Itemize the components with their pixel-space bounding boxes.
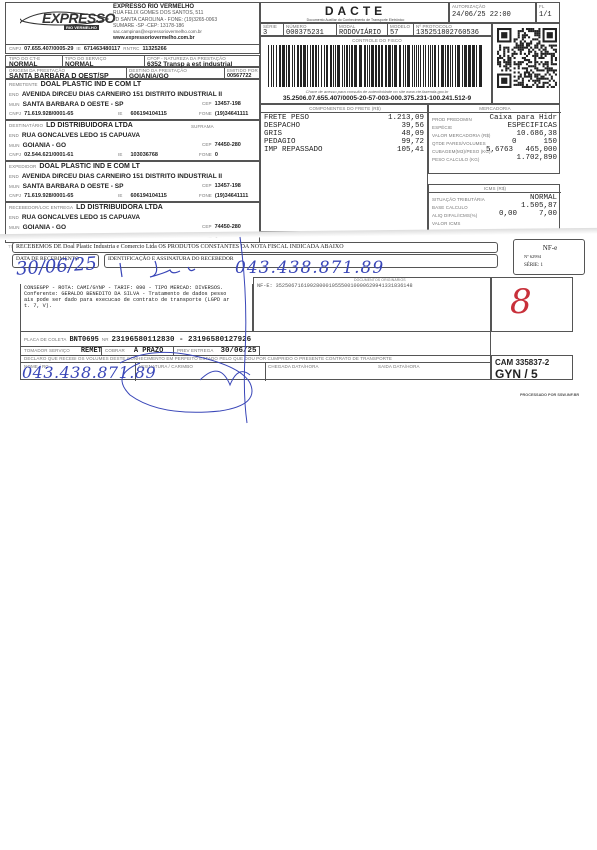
party-name: LD DISTRIBUIDORA LTDA	[76, 204, 163, 211]
party-cep: 74450-280	[215, 142, 241, 148]
placa: BNT0695	[69, 336, 98, 344]
prod-predomin: Caixa para Hidr	[489, 114, 557, 122]
company-logo: EXPRESSO RIO VERMELHO	[20, 7, 110, 33]
saida-label: SAIDA DATA/HORA	[378, 364, 420, 369]
party-cep: 74450-280	[215, 224, 241, 230]
base-calculo: 1.505,87	[521, 202, 557, 210]
docs-label: DOCUMENTOS ORIGINÁRIOS	[354, 278, 406, 282]
issuer-ids: CNPJ 07.655.407/0005-29 IE 671463480117 …	[5, 45, 260, 54]
route-code-block: CAM 335837-2 GYN / 5	[491, 355, 573, 380]
party-extra-label: SUFRAMA	[191, 124, 214, 129]
freight-item-value: 99,72	[401, 138, 424, 146]
cnpj-label: CNPJ	[9, 46, 21, 51]
peso-calc-label: PESO CALCULO (Kg)	[432, 157, 479, 162]
party-block: DESTINATÁRIOLD DISTRIBUIDORA LTDA SUFRAM…	[5, 120, 260, 161]
authorization-label: AUTORIZAÇÃO	[452, 4, 486, 9]
valor-label: VALOR MERCADORIA (R$)	[432, 133, 491, 138]
party-address: AVENIDA DIRCEU DIAS CARNEIRO 151 DISTRIT…	[22, 91, 222, 98]
freight-title: COMPONENTES DO FRETE (R$)	[261, 106, 429, 111]
party-end-label: END	[9, 133, 19, 138]
party-city: SANTA BARBARA D OESTE - SP	[23, 183, 124, 190]
party-cnpj-label: CNPJ	[9, 111, 21, 116]
logo-text: EXPRESSO	[42, 10, 115, 26]
issuer-cnpj: 07.655.407/0005-29	[24, 46, 73, 52]
peso-calculo: 1.702,890	[516, 154, 557, 162]
prod-label: PROD PREDOMIN	[432, 117, 472, 122]
freight-item: GRIS48,09	[264, 130, 424, 138]
party-name: DOAL PLASTIC IND E COM LT	[39, 163, 139, 170]
party-block: EXPEDIDORDOAL PLASTIC IND E COM LT ENDAV…	[5, 161, 260, 202]
cargo-title: MERCADORIA	[429, 106, 561, 111]
cte-id-row: SÉRIE3 NÚMERO000375231 MODALRODOVIÁRIO M…	[260, 23, 492, 36]
party-cep: 13457-198	[215, 183, 241, 189]
issuer-website: www.expressoriovermelho.com.br	[113, 35, 217, 41]
icms-title: ICMS (R$)	[429, 186, 561, 191]
especie-label: ESPÉCIE	[432, 125, 452, 130]
document-title: DACTE	[261, 4, 450, 18]
freight-item-value: 1.213,09	[388, 114, 424, 122]
party-block: REMETENTEDOAL PLASTIC IND E COM LT ENDAV…	[5, 79, 260, 120]
authorization-datetime: 24/06/25 22:00	[452, 11, 511, 19]
issuer-district-phone: JD SANTA CAROLINA - FONE: (19)3265-0063	[113, 17, 217, 23]
party-address: RUA GONCALVES LEDO 15 CAPUAVA	[22, 214, 140, 221]
nfe-serie: SÉRIE: 1	[524, 263, 543, 268]
party-ie: 606194104115	[130, 111, 166, 117]
freight-item-value: 39,56	[401, 122, 424, 130]
issuer-ie: 671463480117	[84, 46, 120, 52]
barcode-icon	[268, 45, 486, 87]
signature-strokes-icon	[100, 235, 300, 425]
tomador-label: TOMADOR SERVIÇO	[24, 348, 70, 353]
cubagem: 5,6763	[486, 146, 513, 154]
handwritten-mark: 8	[510, 282, 532, 322]
party-ie-label: IE	[118, 111, 122, 116]
party-role-label: DESTINATÁRIO	[9, 123, 43, 128]
aliquota: 7,00	[539, 210, 557, 218]
party-fone: 0	[215, 152, 218, 158]
party-role-label: EXPEDIDOR	[9, 164, 36, 169]
freight-item: IMP REPASSADO105,41	[264, 146, 424, 154]
situacao-tributaria: NORMAL	[530, 194, 557, 202]
page-block: FL 1/1	[536, 2, 560, 23]
ie-label: IE	[76, 46, 80, 51]
party-mun-label: MUN	[9, 184, 20, 189]
qr-block	[492, 23, 560, 104]
issuer-block: EXPRESSO RIO VERMELHO EXPRESSO RIO VERME…	[5, 2, 260, 45]
route-row: ORIGEM DA PRESTAÇÃOSANTA BARBARA D OEST/…	[5, 67, 260, 79]
party-ie-label: IE	[118, 152, 122, 157]
qtde-pares: 0	[512, 138, 517, 146]
party-end-label: END	[9, 92, 19, 97]
page-label: FL	[539, 4, 544, 9]
especie: ESPECIFICAS	[507, 122, 557, 130]
access-key-note: Chave de acesso para consulta de autenti…	[261, 89, 493, 94]
party-city: GOIANIA - GO	[23, 224, 66, 231]
party-ie: 103036768	[130, 152, 158, 158]
page-number: 1/1	[539, 11, 552, 19]
valor-icms-label: VALOR ICMS	[432, 221, 460, 226]
access-key: 35.2506.07.655.407/0005-20-57-003-000.37…	[261, 95, 493, 102]
freight-item-value: 48,09	[401, 130, 424, 138]
issuer-address: RUA FELIX GOMES DOS SANTOS, 511	[113, 10, 217, 16]
situacao-label: SITUAÇÃO TRIBUTÁRIA	[432, 197, 485, 202]
party-mun-label: MUN	[9, 225, 20, 230]
handwritten-receipt-date: 30/06/25	[15, 253, 97, 280]
freight-item-value: 105,41	[397, 146, 424, 154]
party-fone: (19)34641111	[215, 111, 248, 117]
gyn-code: GYN / 5	[495, 367, 538, 381]
cubagem-label: CUBAGEM(m3)/PESO (Kg)	[432, 149, 491, 154]
party-cnpj: 71.619.928/0001-65	[24, 193, 73, 199]
party-address: AVENIDA DIRCEU DIAS CARNEIRO 151 DISTRIT…	[22, 173, 222, 180]
party-name: LD DISTRIBUIDORA LTDA	[46, 122, 133, 129]
party-cep-label: CEP	[202, 142, 212, 147]
party-role-label: REMETENTE	[9, 82, 38, 87]
qtde-label: QTDE PARES/VOLUMES	[432, 141, 486, 146]
peso: 465,000	[525, 146, 557, 154]
difal: 0,00	[499, 210, 517, 218]
party-mun-label: MUN	[9, 143, 20, 148]
party-address: RUA GONCALVES LEDO 15 CAPUAVA	[22, 132, 140, 139]
tomador: REMET	[81, 347, 102, 355]
freight-item-name: PEDAGIO	[264, 138, 296, 146]
logo-subtext: RIO VERMELHO	[64, 25, 99, 30]
party-end-label: END	[9, 215, 19, 220]
party-cnpj: 71.619.928/0001-65	[24, 111, 73, 117]
party-fone: (19)34641111	[215, 193, 248, 199]
party-end-label: END	[9, 174, 19, 179]
issuer-info: EXPRESSO RIO VERMELHO RUA FELIX GOMES DO…	[113, 4, 217, 42]
service-row: TIPO DO CT-ENORMAL TIPO DO SERVIÇONORMAL…	[5, 55, 260, 67]
party-mun-label: MUN	[9, 102, 20, 107]
aliq-label: ALIQ DIFAL/ICMS(%)	[432, 213, 477, 218]
freight-item-name: GRIS	[264, 130, 282, 138]
party-cep: 13457-198	[215, 101, 241, 107]
freight-item: DESPACHO39,56	[264, 122, 424, 130]
party-city: GOIANIA - GO	[23, 142, 66, 149]
party-ie: 606194104115	[130, 193, 166, 199]
cam-code: CAM 335837-2	[495, 358, 549, 367]
freight-item: FRETE PESO1.213,09	[264, 114, 424, 122]
icms-block: ICMS (R$) SITUAÇÃO TRIBUTÁRIA NORMAL BAS…	[428, 184, 560, 232]
nfe-title: NF-e	[514, 244, 586, 252]
freight-item-name: DESPACHO	[264, 122, 300, 130]
freight-list: FRETE PESO1.213,09DESPACHO39,56GRIS48,09…	[264, 114, 424, 154]
fisco-block: CONTROLE DO FISCO Chave de acesso para c…	[260, 36, 492, 104]
party-cep-label: CEP	[202, 183, 212, 188]
party-fone-label: FONE	[199, 193, 212, 198]
freight-item-name: IMP REPASSADO	[264, 146, 323, 154]
fisco-label: CONTROLE DO FISCO	[261, 38, 493, 43]
nfe-number: Nº 62994	[524, 254, 541, 259]
qtde-volumes: 150	[543, 138, 557, 146]
base-label: BASE CALCULO	[432, 205, 468, 210]
freight-item: PEDAGIO99,72	[264, 138, 424, 146]
party-cnpj-label: CNPJ	[9, 193, 21, 198]
freight-block: COMPONENTES DO FRETE (R$) FRETE PESO1.21…	[260, 104, 428, 232]
placa-label: PLACA DE COLETA	[24, 337, 66, 342]
stamp-block: 8	[491, 277, 573, 332]
document-subtitle: Documento Auxiliar do Conhecimento de Tr…	[261, 18, 450, 22]
party-cnpj-label: CNPJ	[9, 152, 21, 157]
party-role-label: RECEBEDOR/LOC ENTREGA	[9, 205, 73, 210]
party-fone-label: FONE	[199, 152, 212, 157]
valor-mercadoria: 10.686,38	[516, 130, 557, 138]
party-cep-label: CEP	[202, 101, 212, 106]
party-cnpj: 02.544.621/0001-61	[24, 152, 73, 158]
qr-code-icon	[497, 28, 557, 88]
processed-by: PROCESSADO POR SSW.INF.BR	[520, 393, 579, 397]
issuer-rntrc: 11325266	[143, 46, 167, 52]
party-name: DOAL PLASTIC IND E COM LT	[41, 81, 141, 88]
nfe-box: NF-e Nº 62994 SÉRIE: 1	[513, 239, 585, 275]
rntrc-label: RNTRC	[123, 46, 139, 51]
authorization-block: AUTORIZAÇÃO 24/06/25 22:00	[449, 2, 536, 23]
freight-item-name: FRETE PESO	[264, 114, 309, 122]
party-cep-label: CEP	[202, 224, 212, 229]
party-city: SANTA BARBARA D OESTE - SP	[23, 101, 124, 108]
party-ie-label: IE	[118, 193, 122, 198]
dacte-title-block: DACTE Documento Auxiliar do Conhecimento…	[260, 2, 449, 23]
cargo-block: MERCADORIA PROD PREDOMIN Caixa para Hidr…	[428, 104, 560, 174]
party-fone-label: FONE	[199, 111, 212, 116]
